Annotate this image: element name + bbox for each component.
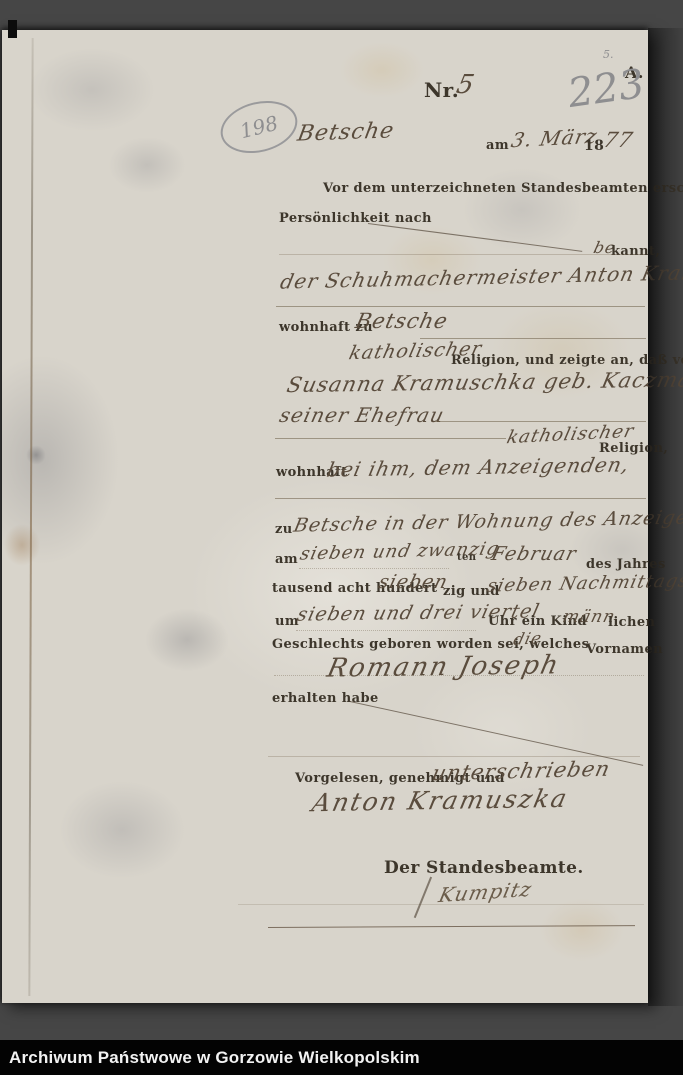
crossout-line-1	[368, 223, 582, 252]
binding-fold-line	[28, 38, 33, 996]
form-rule	[274, 675, 644, 677]
document-page: 198 5. A. 223 Nr. 5 Betsche am 3. März 1…	[2, 30, 648, 1003]
year-handwritten: 77	[601, 128, 636, 152]
intro-line-1: Vor dem unterzeichneten Standesbeamten e…	[323, 181, 643, 196]
child-name: Romann Joseph	[324, 650, 563, 683]
pencil-small-number: 5.	[603, 48, 614, 61]
pencil-page-number: 223	[565, 61, 647, 117]
intro-line-2: Persönlichkeit nach	[279, 211, 432, 226]
birth-ten-label: ten	[457, 552, 476, 563]
form-rule	[268, 925, 635, 928]
record-number-value: 5	[454, 70, 478, 100]
pencil-oval-number: 198	[215, 93, 303, 160]
birth-month-hw: Februar	[489, 543, 579, 565]
birth-am-label: am	[275, 552, 298, 567]
archive-caption: Archiwum Państwowe w Gorzowie Wielkopols…	[9, 1048, 420, 1068]
declarant-residence: Betsche	[353, 309, 450, 333]
declarant-signature: Anton Kramuszka	[309, 784, 571, 817]
birth-year-hw-1: sieben	[376, 571, 450, 593]
mother-residence-hw: bei ihm, dem Anzeigenden,	[325, 452, 632, 481]
record-place: Betsche	[295, 118, 396, 146]
birth-article-hw: die	[512, 628, 545, 648]
form-rule	[299, 568, 449, 570]
mother-name-line: Susanna Kramuschka geb. Kaczmarek,	[285, 367, 683, 397]
binding-tab	[8, 20, 17, 38]
form-rule	[276, 306, 645, 307]
registrar-signature: Kumpitz	[437, 877, 535, 907]
form-rule	[296, 630, 476, 632]
form-rule	[238, 904, 644, 905]
declarant-name-line: der Schuhmachermeister Anton Kramuschka	[278, 258, 683, 293]
oval-number-text: 198	[238, 111, 281, 144]
photo-background: 198 5. A. 223 Nr. 5 Betsche am 3. März 1…	[0, 0, 683, 1040]
form-rule	[279, 254, 645, 255]
birth-place-hw: Betsche in der Wohnung des Anzeigenden	[292, 505, 683, 536]
signature-flourish	[414, 877, 432, 919]
registrar-label: Der Standesbeamte.	[384, 858, 584, 878]
page-edge-shadow	[648, 28, 683, 1006]
birth-zu-label: zu	[275, 522, 293, 537]
date-am-label: am	[486, 138, 509, 153]
caption-bar: Archiwum Państwowe w Gorzowie Wielkopols…	[0, 1040, 683, 1075]
form-rule	[275, 438, 506, 439]
form-rule	[275, 498, 646, 499]
closing-hw: unterschrieben	[430, 757, 613, 786]
mother-relation: seiner Ehefrau	[277, 403, 447, 427]
